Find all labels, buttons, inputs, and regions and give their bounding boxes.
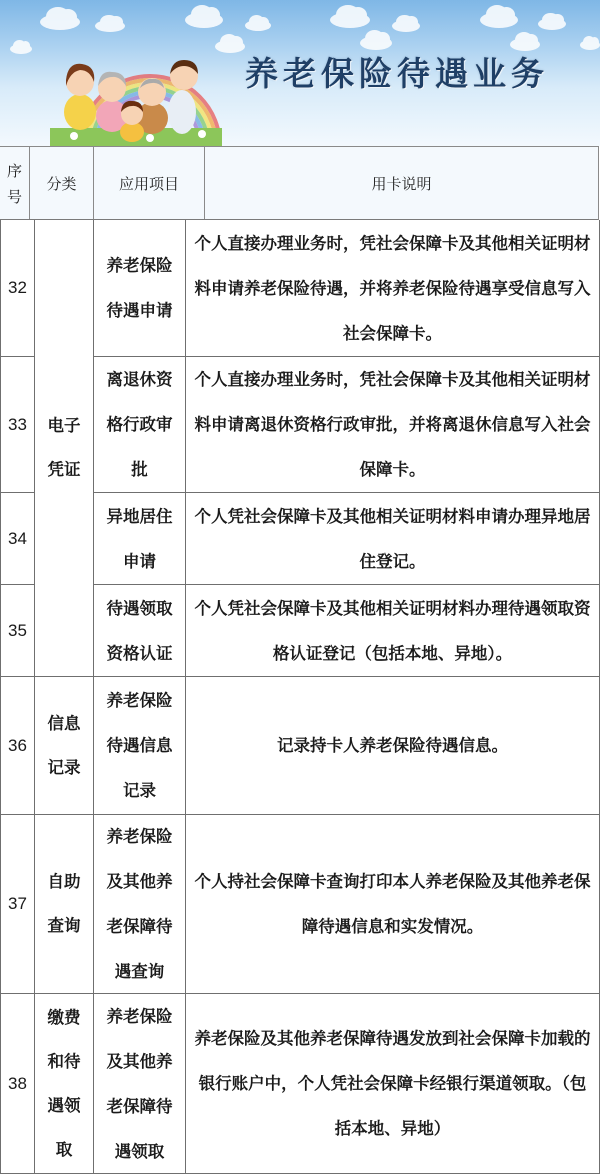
cloud-decoration bbox=[392, 20, 420, 32]
header-description: 用卡说明 bbox=[205, 147, 598, 219]
category-cell: 电子凭证 bbox=[34, 220, 93, 677]
header-seq: 序号 bbox=[0, 147, 30, 219]
row-item: 离退休资格行政审批 bbox=[93, 357, 185, 493]
cloud-decoration bbox=[245, 20, 271, 31]
table-header: 序号 分类 应用项目 用卡说明 bbox=[0, 146, 599, 221]
row-seq: 38 bbox=[0, 994, 34, 1174]
page-title: 养老保险待遇业务 bbox=[245, 48, 549, 95]
row-seq: 34 bbox=[0, 493, 34, 585]
row-seq: 36 bbox=[0, 677, 34, 815]
cloud-decoration bbox=[40, 14, 80, 30]
cloud-decoration bbox=[480, 12, 518, 28]
row-seq: 35 bbox=[0, 585, 34, 677]
category-cell: 自助查询 bbox=[34, 815, 93, 994]
row-item: 养老保险待遇申请 bbox=[93, 220, 185, 357]
row-description: 养老保险及其他养老保障待遇发放到社会保障卡加载的银行账户中，个人凭社会保障卡经银… bbox=[185, 994, 600, 1174]
row-item: 养老保险待遇信息记录 bbox=[93, 677, 185, 815]
header-item: 应用项目 bbox=[94, 147, 205, 219]
row-description: 个人凭社会保障卡及其他相关证明材料申请办理异地居住登记。 bbox=[185, 493, 600, 585]
row-description: 个人凭社会保障卡及其他相关证明材料办理待遇领取资格认证登记（包括本地、异地）。 bbox=[185, 585, 600, 677]
cloud-decoration bbox=[580, 40, 600, 50]
row-description: 个人直接办理业务时，凭社会保障卡及其他相关证明材料申请养老保险待遇，并将养老保险… bbox=[185, 220, 600, 357]
category-cell: 缴费和待遇领取 bbox=[34, 994, 93, 1174]
cloud-decoration bbox=[330, 12, 370, 28]
row-item: 养老保险及其他养老保障待遇查询 bbox=[93, 815, 185, 994]
row-seq: 33 bbox=[0, 357, 34, 493]
cloud-decoration bbox=[185, 12, 223, 28]
row-description: 个人直接办理业务时，凭社会保障卡及其他相关证明材料申请离退休资格行政审批，并将离… bbox=[185, 357, 600, 493]
row-seq: 32 bbox=[0, 220, 34, 357]
row-description: 个人持社会保障卡查询打印本人养老保险及其他养老保障待遇信息和实发情况。 bbox=[185, 815, 600, 994]
banner: 养老保险待遇业务 bbox=[0, 0, 600, 146]
cloud-decoration bbox=[95, 20, 125, 32]
family-rainbow-illustration bbox=[50, 42, 222, 146]
row-item: 养老保险及其他养老保障待遇领取 bbox=[93, 994, 185, 1174]
cloud-decoration bbox=[10, 44, 32, 54]
category-cell: 信息记录 bbox=[34, 677, 93, 815]
header-category: 分类 bbox=[30, 147, 94, 219]
row-item: 待遇领取资格认证 bbox=[93, 585, 185, 677]
row-item: 异地居住申请 bbox=[93, 493, 185, 585]
cloud-decoration bbox=[538, 18, 566, 30]
row-description: 记录持卡人养老保险待遇信息。 bbox=[185, 677, 600, 815]
row-seq: 37 bbox=[0, 815, 34, 994]
